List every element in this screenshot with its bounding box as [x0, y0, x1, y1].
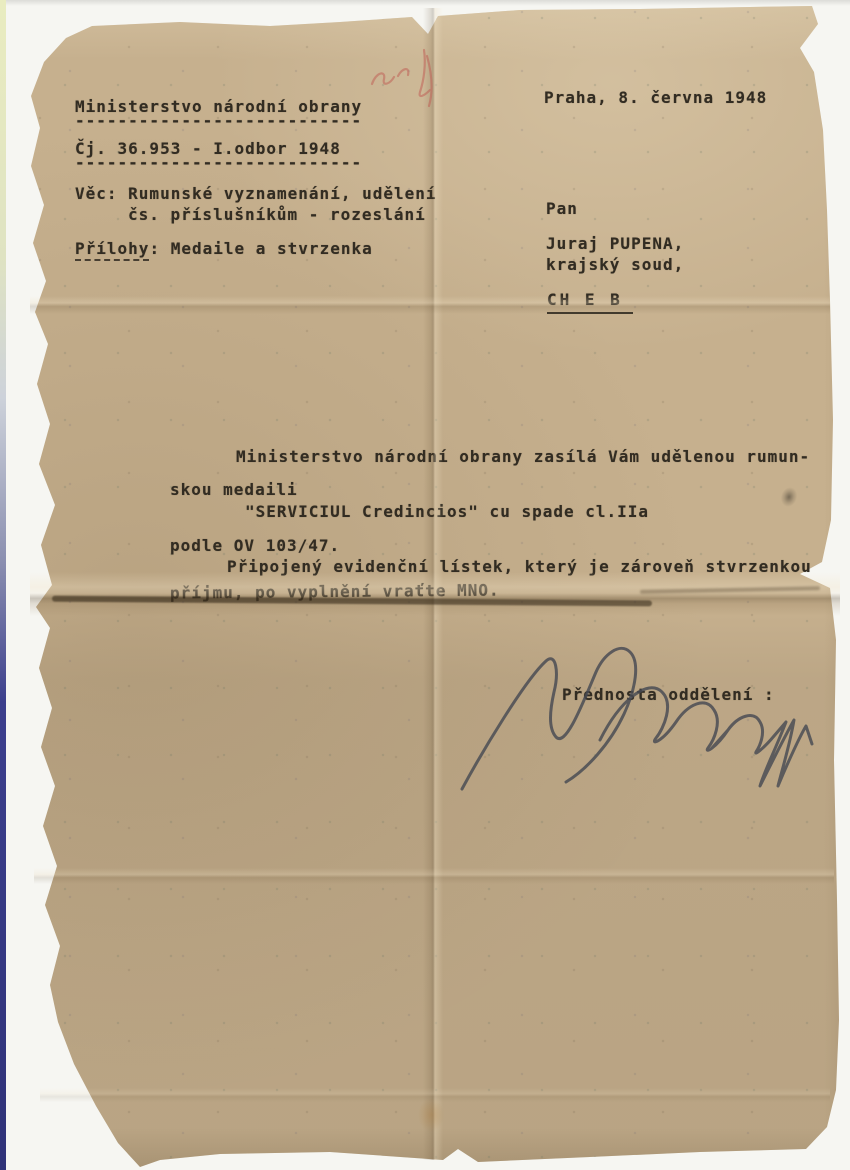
subject-line-1: Věc: Rumunské vyznamenání, udělení: [75, 184, 437, 203]
addressee-institution: krajský soud,: [546, 255, 684, 274]
addressee-salutation: Pan: [546, 199, 578, 218]
body-line-6: příjmu, po vyplnění vraťte MNO.: [170, 581, 500, 603]
body-line-5: Připojený evidenční lístek, který je zár…: [227, 557, 812, 576]
red-pencil-mark: [360, 44, 450, 114]
paper-stain: [418, 1098, 444, 1132]
addressee-city: CH E B: [547, 290, 633, 309]
enclosures-line: Přílohy: Medaile a stvrzenka: [75, 239, 373, 258]
dateline: Praha, 8. června 1948: [544, 88, 767, 107]
reference-underline: ---------------------------: [75, 156, 362, 170]
body-line-2: skou medaili: [170, 480, 298, 499]
enclosures-label: Přílohy: [75, 239, 149, 261]
subject-line-2: čs. příslušníkům - rozeslání: [128, 205, 426, 224]
handwritten-signature: [440, 630, 830, 810]
body-line-1: Ministerstvo národní obrany zasílá Vám u…: [236, 447, 810, 466]
body-line-4: podle OV 103/47.: [170, 536, 340, 555]
scanner-left-edge: [0, 0, 6, 1170]
scanned-letter: Ministerstvo národní obrany ------------…: [0, 0, 850, 1170]
enclosures-value: : Medaile a stvrzenka: [149, 239, 372, 258]
sender-underline: ---------------------------: [75, 114, 362, 128]
scanner-top-edge: [0, 0, 850, 6]
addressee-name: Juraj PUPENA,: [546, 234, 684, 253]
body-line-3: "SERVICIUL Credincios" cu spade cl.IIa: [245, 502, 649, 521]
